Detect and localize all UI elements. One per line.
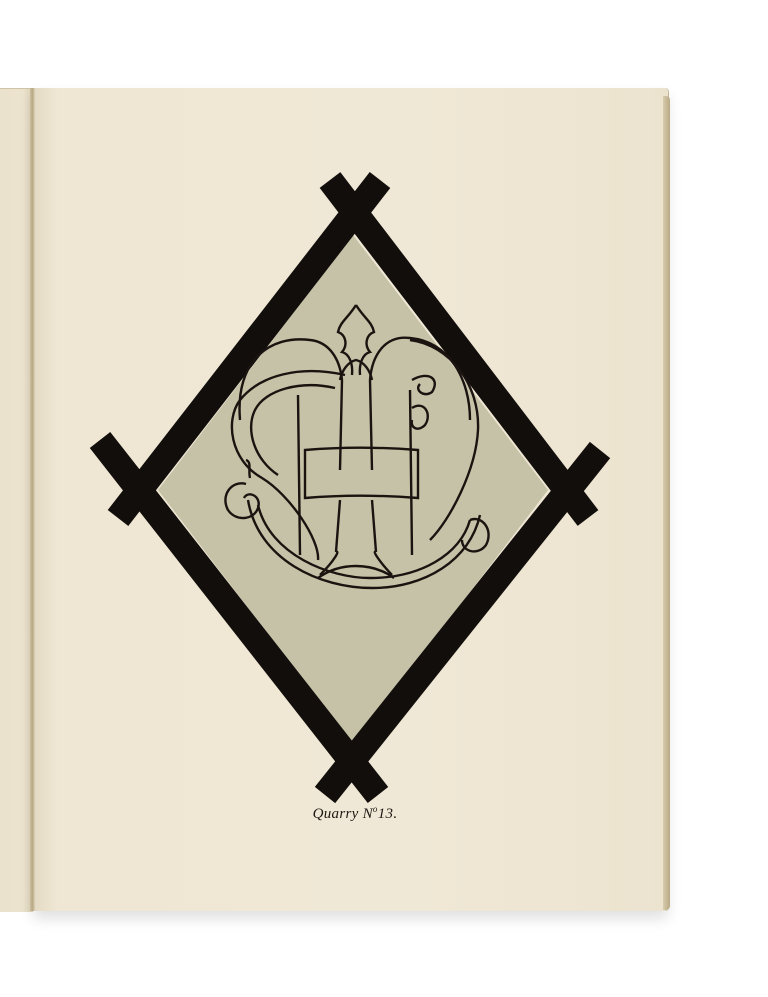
quarry-diamond-fill: [158, 235, 548, 745]
caption-number: 13.: [378, 806, 398, 822]
book-scene: Quarry No13.: [0, 0, 768, 997]
caption-prefix: Quarry N: [313, 806, 373, 822]
plate-caption: Quarry No13.: [300, 804, 410, 823]
quarry-plate: [0, 0, 768, 997]
